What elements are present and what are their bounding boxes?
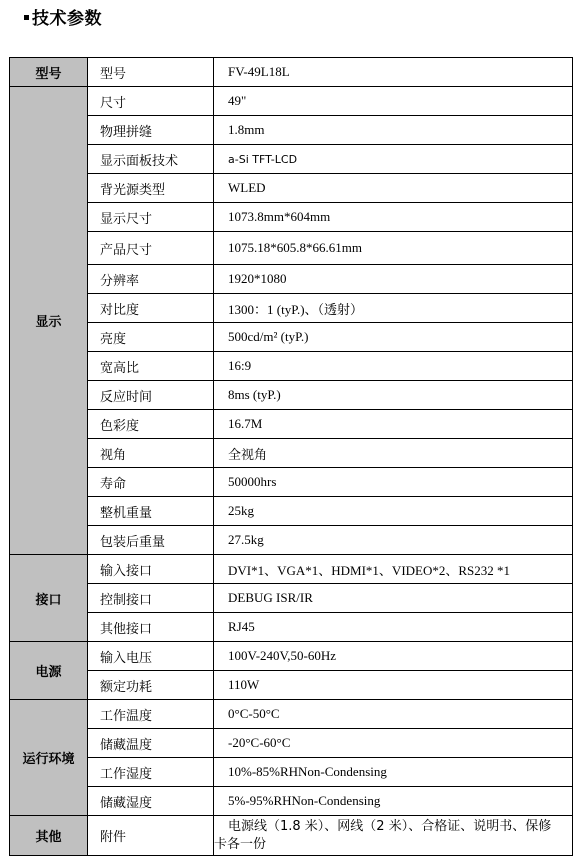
param-value: 1.8mm — [214, 116, 573, 145]
table-row: 储藏湿度 5%-95%RHNon-Condensing — [10, 787, 573, 816]
param-value: 10%-85%RHNon-Condensing — [214, 758, 573, 787]
table-row: 运行环境 工作温度 0°C-50°C — [10, 700, 573, 729]
table-row: 反应时间 8ms (tyP.) — [10, 381, 573, 410]
param-label: 储藏温度 — [88, 729, 214, 758]
param-value: 16:9 — [214, 352, 573, 381]
param-value: 0°C-50°C — [214, 700, 573, 729]
table-row: 其他 附件 电源线（1.8 米）、网线（2 米）、合格证、说明书、保修卡各一份 — [10, 816, 573, 856]
param-label: 反应时间 — [88, 381, 214, 410]
param-value: 电源线（1.8 米）、网线（2 米）、合格证、说明书、保修卡各一份 — [214, 816, 573, 856]
param-label: 附件 — [88, 816, 214, 856]
category-display: 显示 — [10, 87, 88, 555]
param-value: 1073.8mm*604mm — [214, 203, 573, 232]
param-label: 视角 — [88, 439, 214, 468]
param-value: RJ45 — [214, 613, 573, 642]
table-row: 显示尺寸 1073.8mm*604mm — [10, 203, 573, 232]
table-row: 对比度 1300：1 (tyP.)、（透射） — [10, 294, 573, 323]
param-value: 49" — [214, 87, 573, 116]
table-row: 背光源类型 WLED — [10, 174, 573, 203]
table-row: 接口 输入接口 DVI*1、VGA*1、HDMI*1、VIDEO*2、RS232… — [10, 555, 573, 584]
param-value: a-Si TFT-LCD — [214, 145, 573, 174]
table-row: 额定功耗 110W — [10, 671, 573, 700]
category-model: 型号 — [10, 58, 88, 87]
table-row: 产品尺寸 1075.18*605.8*66.61mm — [10, 232, 573, 265]
param-value: 全视角 — [214, 439, 573, 468]
table-row: 显示面板技术 a-Si TFT-LCD — [10, 145, 573, 174]
table-row: 视角 全视角 — [10, 439, 573, 468]
param-value: 1920*1080 — [214, 265, 573, 294]
param-label: 显示尺寸 — [88, 203, 214, 232]
param-label: 储藏湿度 — [88, 787, 214, 816]
param-value: -20°C-60°C — [214, 729, 573, 758]
category-interface: 接口 — [10, 555, 88, 642]
param-value: DVI*1、VGA*1、HDMI*1、VIDEO*2、RS232 *1 — [214, 555, 573, 584]
param-label: 包装后重量 — [88, 526, 214, 555]
param-label: 其他接口 — [88, 613, 214, 642]
param-label: 亮度 — [88, 323, 214, 352]
param-value: DEBUG ISR/IR — [214, 584, 573, 613]
table-row: 其他接口 RJ45 — [10, 613, 573, 642]
table-row: 亮度 500cd/m² (tyP.) — [10, 323, 573, 352]
section-heading-text: 技术参数 — [32, 9, 102, 29]
param-label: 分辨率 — [88, 265, 214, 294]
param-value: 110W — [214, 671, 573, 700]
table-row: 寿命 50000hrs — [10, 468, 573, 497]
table-row: 储藏温度 -20°C-60°C — [10, 729, 573, 758]
param-value: 50000hrs — [214, 468, 573, 497]
param-label: 额定功耗 — [88, 671, 214, 700]
table-row: 电源 输入电压 100V-240V,50-60Hz — [10, 642, 573, 671]
table-row: 显示 尺寸 49" — [10, 87, 573, 116]
table-row: 包装后重量 27.5kg — [10, 526, 573, 555]
category-environment: 运行环境 — [10, 700, 88, 816]
param-label: 工作湿度 — [88, 758, 214, 787]
accessories-line-1: 电源线（1.8 米）、网线（2 米）、合格证、说明书、保修 — [214, 819, 551, 834]
table-row: 物理拼缝 1.8mm — [10, 116, 573, 145]
param-label: 物理拼缝 — [88, 116, 214, 145]
param-value: WLED — [214, 174, 573, 203]
param-label: 对比度 — [88, 294, 214, 323]
param-value: 500cd/m² (tyP.) — [214, 323, 573, 352]
param-value: 100V-240V,50-60Hz — [214, 642, 573, 671]
table-row: 分辨率 1920*1080 — [10, 265, 573, 294]
table-row: 整机重量 25kg — [10, 497, 573, 526]
section-heading: 技术参数 — [24, 4, 102, 29]
param-label: 寿命 — [88, 468, 214, 497]
param-label: 工作温度 — [88, 700, 214, 729]
param-label: 输入电压 — [88, 642, 214, 671]
param-value: FV-49L18L — [214, 58, 573, 87]
param-label: 尺寸 — [88, 87, 214, 116]
category-power: 电源 — [10, 642, 88, 700]
param-label: 色彩度 — [88, 410, 214, 439]
param-label: 控制接口 — [88, 584, 214, 613]
table-row: 宽高比 16:9 — [10, 352, 573, 381]
param-value: 1075.18*605.8*66.61mm — [214, 232, 573, 265]
param-label: 产品尺寸 — [88, 232, 214, 265]
table-row: 工作湿度 10%-85%RHNon-Condensing — [10, 758, 573, 787]
table-row: 控制接口 DEBUG ISR/IR — [10, 584, 573, 613]
param-value: 1300：1 (tyP.)、（透射） — [214, 294, 573, 323]
param-value: 25kg — [214, 497, 573, 526]
param-value: 8ms (tyP.) — [214, 381, 573, 410]
category-other: 其他 — [10, 816, 88, 856]
spec-table: 型号 型号 FV-49L18L 显示 尺寸 49" 物理拼缝 1.8mm 显示面… — [9, 57, 573, 856]
square-bullet-icon — [24, 15, 29, 20]
param-label: 显示面板技术 — [88, 145, 214, 174]
param-value: 16.7M — [214, 410, 573, 439]
param-label: 型号 — [88, 58, 214, 87]
table-row: 型号 型号 FV-49L18L — [10, 58, 573, 87]
accessories-line-2: 卡各一份 — [214, 837, 266, 852]
param-label: 整机重量 — [88, 497, 214, 526]
param-label: 宽高比 — [88, 352, 214, 381]
param-label: 输入接口 — [88, 555, 214, 584]
param-value: 5%-95%RHNon-Condensing — [214, 787, 573, 816]
param-label: 背光源类型 — [88, 174, 214, 203]
table-row: 色彩度 16.7M — [10, 410, 573, 439]
param-value: 27.5kg — [214, 526, 573, 555]
